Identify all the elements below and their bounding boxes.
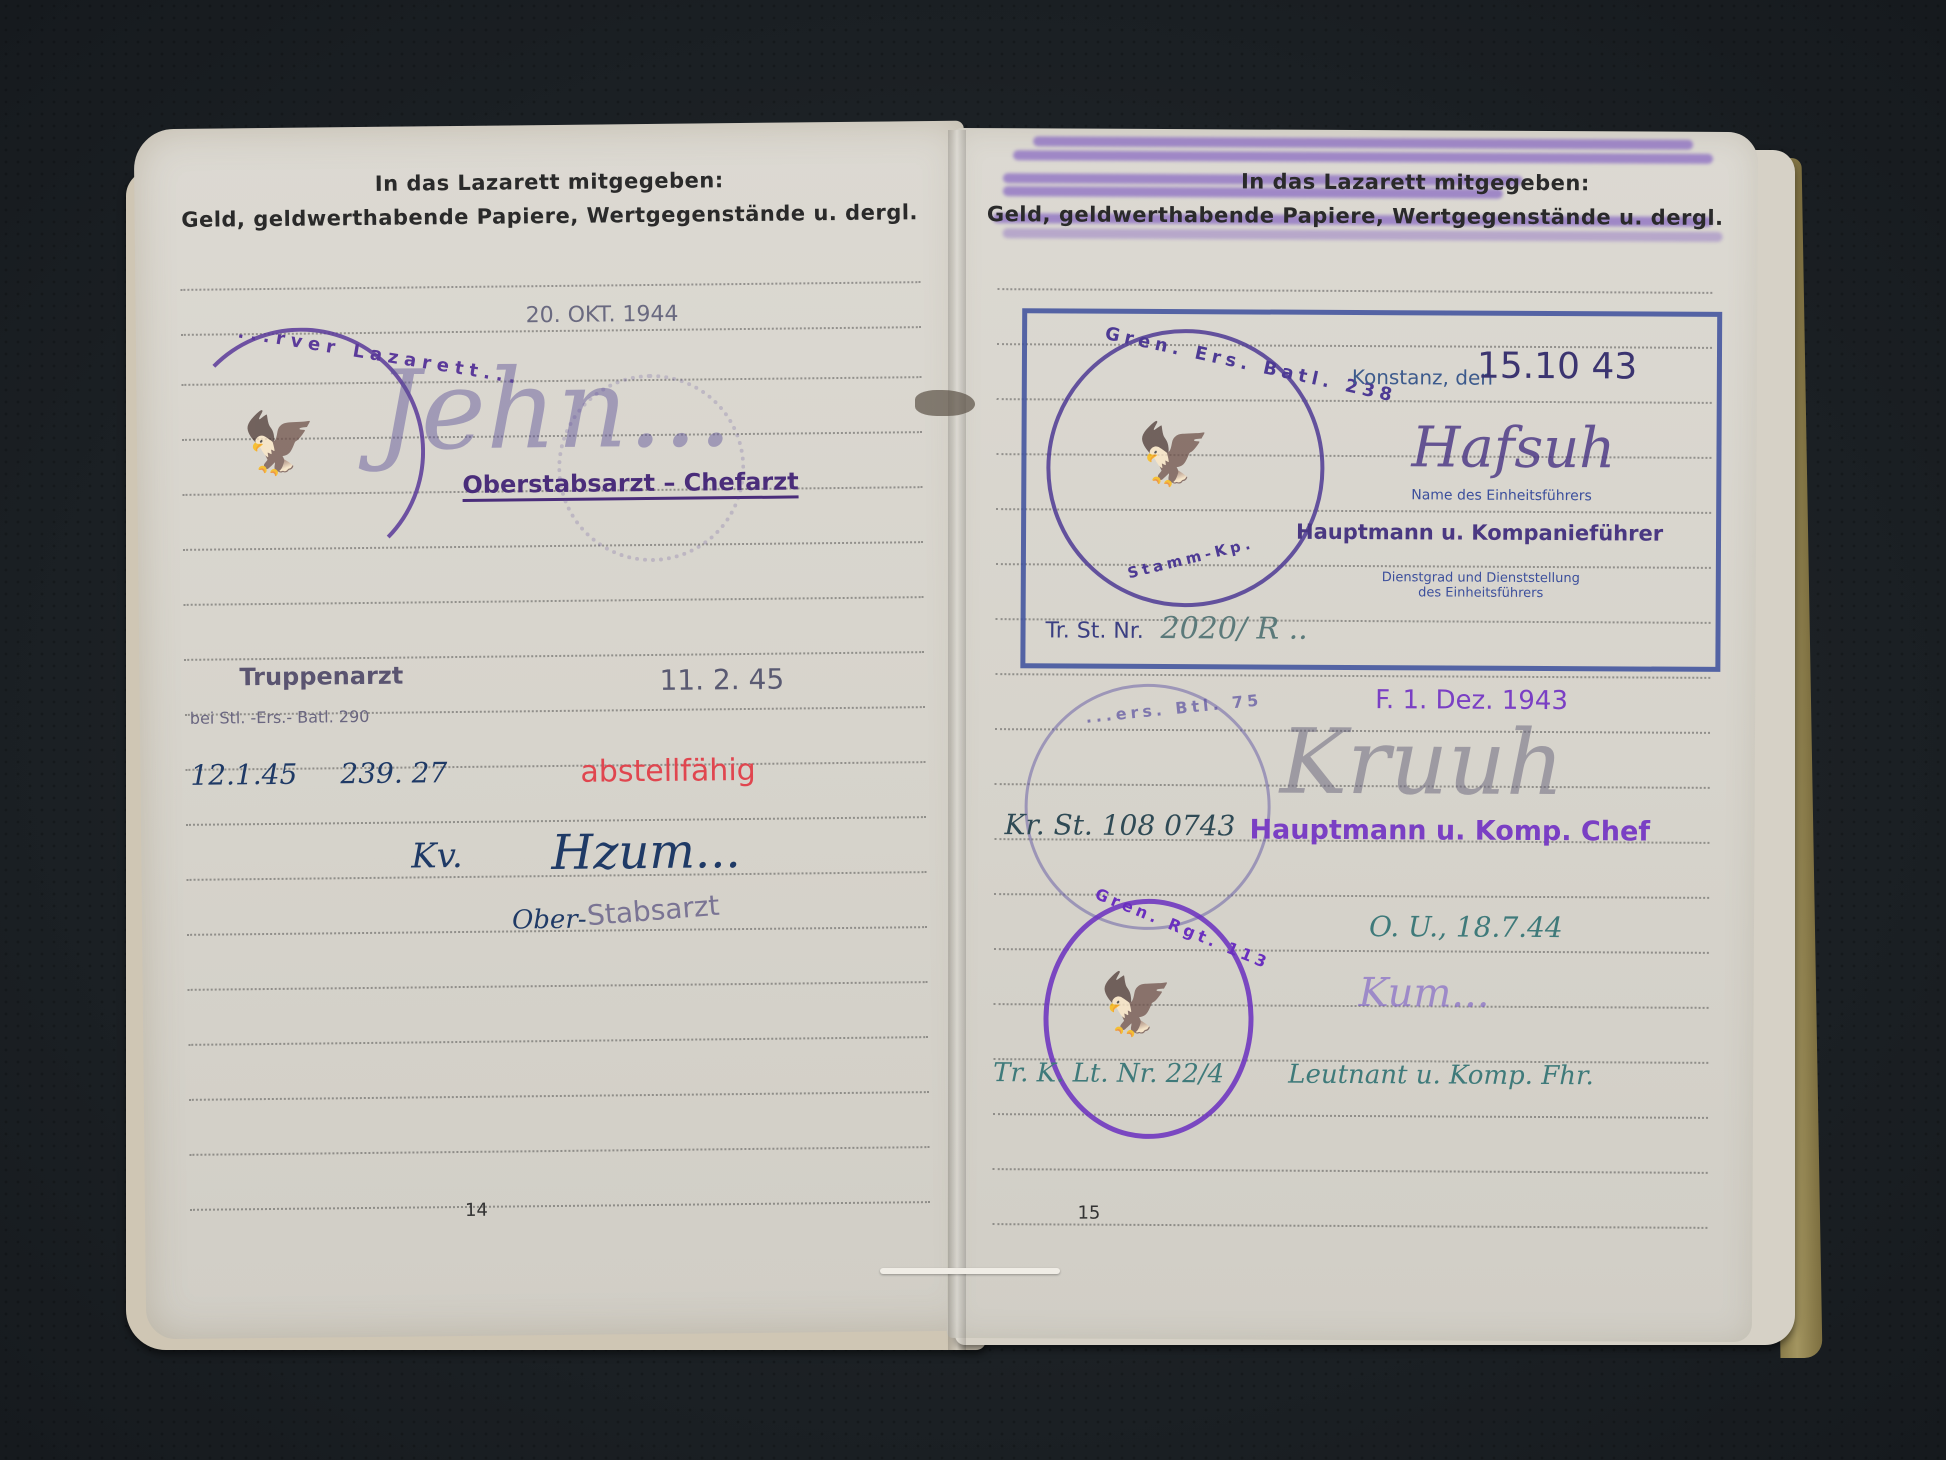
place-label: Konstanz, den xyxy=(1352,365,1493,390)
binding-thread xyxy=(880,1268,1060,1274)
dotted-rule xyxy=(184,596,924,606)
truppenarzt-stamp: Truppenarzt xyxy=(239,662,403,692)
header-line-2: Geld, geldwerthabende Papiere, Wertgegen… xyxy=(135,200,965,233)
handwritten-ref-2: Tr. K. Lt. Nr. 22/4 xyxy=(993,1058,1224,1089)
signature-4: Kum... xyxy=(1359,970,1490,1017)
handwritten-rank: Leutnant u. Komp. Fhr. xyxy=(1288,1060,1594,1092)
rank-stamp-komp-chef: Hauptmann u. Komp. Chef xyxy=(1249,814,1650,847)
dotted-rule xyxy=(190,1201,930,1211)
dotted-rule xyxy=(992,1223,1707,1229)
page-number-right: 15 xyxy=(1077,1203,1100,1224)
dotted-rule xyxy=(188,981,928,991)
rank-handwritten-ober: Ober- xyxy=(512,905,587,936)
left-page: In das Lazarett mitgegeben: Geld, geldwe… xyxy=(134,121,977,1340)
date-stamp-2: 11. 2. 45 xyxy=(659,663,784,697)
signature-2: Hzum... xyxy=(551,823,741,881)
rank-caption-line-2: des Einheitsführers xyxy=(1371,585,1591,601)
rank-stamp-hauptmann: Hauptmann u. Kompanieführer xyxy=(1296,520,1663,546)
signature-hafsuh: Hafsuh xyxy=(1411,415,1615,481)
right-page: In das Lazarett mitgegeben: Geld, geldwe… xyxy=(947,128,1758,1342)
dotted-rule xyxy=(995,673,1710,679)
eagle-emblem-icon: 🦅 xyxy=(1136,419,1211,490)
page-number-left: 14 xyxy=(465,1200,488,1221)
eagle-emblem-icon: 🦅 xyxy=(242,407,317,479)
tr-st-value: 2020/ R .. xyxy=(1160,611,1307,647)
dotted-rule xyxy=(189,1146,929,1156)
dotted-rule xyxy=(184,651,924,661)
eagle-emblem-icon: 🦅 xyxy=(1098,969,1173,1040)
header-line-2: Geld, geldwerthabende Papiere, Wertgegen… xyxy=(953,202,1758,230)
abstellfaehig-red-stamp: abstellfähig xyxy=(580,753,756,790)
binding-gutter xyxy=(948,130,966,1350)
date-stamp: 20. OKT. 1944 xyxy=(526,302,679,329)
handwritten-date-ou: O. U., 18.7.44 xyxy=(1369,910,1563,944)
handwritten-kv: Kv. xyxy=(411,836,463,877)
violet-strike-mark xyxy=(1003,228,1723,242)
dotted-rule xyxy=(993,1168,1708,1174)
tr-st-label: Tr. St. Nr. xyxy=(1045,618,1143,644)
dotted-rule xyxy=(997,288,1712,294)
dotted-rule xyxy=(189,1091,929,1101)
signature-3: Kruuh xyxy=(1280,710,1565,816)
dotted-rule xyxy=(180,281,920,291)
rank-caption: Dienstgrad und Dienststellung des Einhei… xyxy=(1371,570,1591,601)
stabsarzt-stamp: Stabsarzt xyxy=(586,889,721,933)
open-booklet: In das Lazarett mitgegeben: Geld, geldwe… xyxy=(0,0,1946,1460)
faint-round-stamp xyxy=(556,373,746,563)
header-line-1: In das Lazarett mitgegeben: xyxy=(134,166,964,199)
rank-caption-line-1: Dienstgrad und Dienststellung xyxy=(1371,570,1591,586)
header-line-1: In das Lazarett mitgegeben: xyxy=(953,168,1758,196)
violet-strike-mark xyxy=(1013,150,1713,164)
paper-tear xyxy=(915,390,975,416)
truppenarzt-subtitle: bei Stl. -Ers.- Batl. 290 xyxy=(190,707,370,728)
right-page-header: In das Lazarett mitgegeben: Geld, geldwe… xyxy=(953,168,1758,230)
left-page-header: In das Lazarett mitgegeben: Geld, geldwe… xyxy=(134,166,965,233)
handwritten-entry-date: 12.1.45 xyxy=(190,758,297,792)
dotted-rule xyxy=(188,1036,928,1046)
box-date: 15.10 43 xyxy=(1477,346,1638,388)
handwritten-ref: Kr. St. 108 0743 xyxy=(1004,808,1235,842)
name-caption: Name des Einheitsführers xyxy=(1411,487,1592,504)
handwritten-entry-code: 239. 27 xyxy=(340,756,447,790)
violet-strike-mark xyxy=(1033,136,1693,149)
